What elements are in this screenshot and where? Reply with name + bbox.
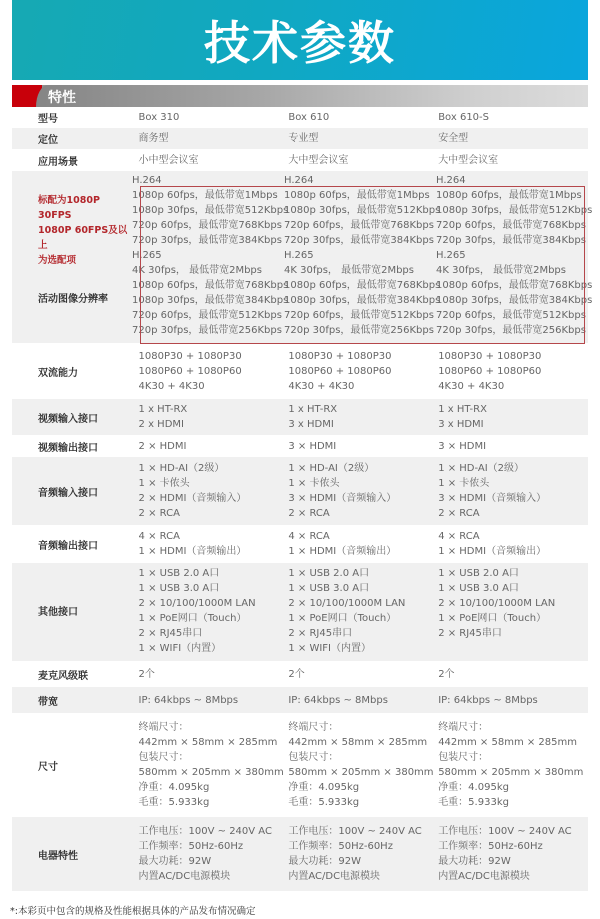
row-label: 视频输入接口 <box>12 410 139 425</box>
cell-box310: 终端尺寸：442mm × 58mm × 285mm包装尺寸：580mm × 20… <box>139 717 289 813</box>
cell-box610s: 安全型 <box>438 128 588 149</box>
cell-box610: 大中型会议室 <box>288 150 438 171</box>
cell-box610: 终端尺寸：442mm × 58mm × 285mm包装尺寸：580mm × 20… <box>288 717 438 813</box>
cell-line: 1 x HT-RX <box>139 402 289 417</box>
cell-line: 1 × USB 2.0 A口 <box>438 566 588 581</box>
cell-line: 2 × HDMI <box>139 439 289 454</box>
cell-line: 1080p 60fps，最低带宽768Kbps <box>436 278 588 293</box>
cell-line: 720p 60fps，最低带宽768Kbps <box>436 218 588 233</box>
cell-box610: 工作电压：100V ~ 240V AC工作频率：50Hz-60Hz最大功耗：92… <box>288 821 438 887</box>
cell-line: 2 × 10/100/1000M LAN <box>139 596 289 611</box>
cell-line: Box 310 <box>139 110 289 125</box>
cell-line: 1 × HD-AI（2级） <box>438 461 588 476</box>
cell-line: 1 × USB 2.0 A口 <box>288 566 438 581</box>
row-label: 型号 <box>12 110 139 125</box>
cell-box310: 4 × RCA1 × HDMI（音频输出） <box>139 526 289 562</box>
row-other-ports: 其他接口 1 × USB 2.0 A口1 × USB 3.0 A口2 × 10/… <box>12 563 588 661</box>
cell-line: H.264 <box>132 173 284 188</box>
cell-line: 2 × RJ45串口 <box>139 626 289 641</box>
cell-line: 2 × RJ45串口 <box>438 626 588 641</box>
cell-line: 工作电压：100V ~ 240V AC <box>288 824 438 839</box>
cell-line: 2个 <box>139 667 289 682</box>
cell-line: 4 × RCA <box>438 529 588 544</box>
cell-line: IP: 64kbps ~ 8Mbps <box>438 693 588 708</box>
cell-line: 1 × WIFI（内置） <box>288 641 438 656</box>
cell-line: 2 × 10/100/1000M LAN <box>438 596 588 611</box>
cell-line: H.264 <box>284 173 436 188</box>
cell-line: 1080p 30fps，最低带宽384Kbps <box>132 293 284 308</box>
section-header-features: 特性 <box>12 85 588 107</box>
cell-line: 工作频率：50Hz-60Hz <box>288 839 438 854</box>
row-label: 活动图像分辨率 <box>38 290 132 305</box>
cell-line: 1 × HD-AI（2级） <box>139 461 289 476</box>
cell-line: 3 × HDMI <box>438 439 588 454</box>
cell-line: 1 × WIFI（内置） <box>139 641 289 656</box>
footer-disclaimer: *:本彩页中包含的规格及性能根据具体的产品发布情况确定 <box>10 903 255 917</box>
cell-line: 442mm × 58mm × 285mm <box>438 735 588 750</box>
cell-box310: IP: 64kbps ~ 8Mbps <box>139 690 289 711</box>
cell-line: 1080P 60FPS及以上 <box>38 223 132 253</box>
cell-box310: 商务型 <box>139 128 289 149</box>
cell-line: 工作电压：100V ~ 240V AC <box>438 824 588 839</box>
cell-box310: 1 × USB 2.0 A口1 × USB 3.0 A口2 × 10/100/1… <box>139 563 289 659</box>
cell-box610s: 2个 <box>438 664 588 685</box>
cell-box610: 1 × USB 2.0 A口1 × USB 3.0 A口2 × 10/100/1… <box>288 563 438 659</box>
header-banner: 技术参数 <box>12 0 588 80</box>
cell-line: 720p 30fps，最低带宽384Kbps <box>284 233 436 248</box>
cell-line: 720p 60fps，最低带宽768Kbps <box>132 218 284 233</box>
cell-line: 720p 60fps，最低带宽768Kbps <box>284 218 436 233</box>
row-label-group: 标配为1080P 30FPS1080P 60FPS及以上为选配项 活动图像分辨率 <box>12 171 132 305</box>
cell-line: 终端尺寸： <box>288 720 438 735</box>
cell-line: 毛重：5.933kg <box>288 795 438 810</box>
cell-line: 大中型会议室 <box>288 153 438 168</box>
cell-line: 1 × 卡侬头 <box>139 476 289 491</box>
row-label: 音频输出接口 <box>12 537 139 552</box>
cell-line: 720p 30fps，最低带宽384Kbps <box>132 233 284 248</box>
cell-box610s: 终端尺寸：442mm × 58mm × 285mm包装尺寸：580mm × 20… <box>438 717 588 813</box>
cell-box610s: 工作电压：100V ~ 240V AC工作频率：50Hz-60Hz最大功耗：92… <box>438 821 588 887</box>
row-label: 视频输出接口 <box>12 439 139 454</box>
cell-line: 3 x HDMI <box>288 417 438 432</box>
cell-line: 1 × 卡侬头 <box>438 476 588 491</box>
cell-line: 4K 30fps， 最低带宽2Mbps <box>436 263 588 278</box>
cell-box310: 小中型会议室 <box>139 150 289 171</box>
cell-box610s: IP: 64kbps ~ 8Mbps <box>438 690 588 711</box>
row-electrical: 电器特性 工作电压：100V ~ 240V AC工作频率：50Hz-60Hz最大… <box>12 817 588 891</box>
cell-line: 442mm × 58mm × 285mm <box>288 735 438 750</box>
cell-box310: 2个 <box>139 664 289 685</box>
row-audio-input: 音频输入接口 1 × HD-AI（2级）1 × 卡侬头2 × HDMI（音频输入… <box>12 457 588 525</box>
cell-line: 4K30 + 4K30 <box>438 379 588 394</box>
cell-box610: 3 × HDMI <box>288 436 438 457</box>
cell-line: 720p 30fps，最低带宽256Kbps <box>132 323 284 338</box>
cell-box310: 1080P30 + 1080P301080P60 + 1080P604K30 +… <box>139 346 289 397</box>
row-label: 音频输入接口 <box>12 484 139 499</box>
cell-line: 4K 30fps， 最低带宽2Mbps <box>284 263 436 278</box>
cell-box310: 1 × HD-AI（2级）1 × 卡侬头2 × HDMI（音频输入）2 × RC… <box>139 458 289 524</box>
cell-line: IP: 64kbps ~ 8Mbps <box>288 693 438 708</box>
cell-box610: 专业型 <box>288 128 438 149</box>
cell-line: 3 × HDMI（音频输入） <box>438 491 588 506</box>
row-label: 带宽 <box>12 693 139 708</box>
cell-line: 净重：4.095kg <box>288 780 438 795</box>
section-tab-shape <box>36 85 588 107</box>
cell-line: 终端尺寸： <box>139 720 289 735</box>
row-model: 型号 Box 310 Box 610 Box 610-S <box>12 107 588 128</box>
cell-box310: Box 310 <box>139 107 289 128</box>
cell-line: 最大功耗：92W <box>288 854 438 869</box>
row-resolution: 标配为1080P 30FPS1080P 60FPS及以上为选配项 活动图像分辨率… <box>12 171 588 343</box>
page-title: 技术参数 <box>204 7 396 73</box>
cell-box310: 1 x HT-RX2 x HDMI <box>139 399 289 435</box>
cell-line: 大中型会议室 <box>438 153 588 168</box>
cell-line: 442mm × 58mm × 285mm <box>139 735 289 750</box>
cell-line: 4 × RCA <box>288 529 438 544</box>
cell-line: 净重：4.095kg <box>139 780 289 795</box>
row-dual-stream: 双流能力 1080P30 + 1080P301080P60 + 1080P604… <box>12 343 588 399</box>
cell-line: 毛重：5.933kg <box>438 795 588 810</box>
cell-line: 1080p 60fps，最低带宽1Mbps <box>284 188 436 203</box>
cell-line: 包装尺寸： <box>438 750 588 765</box>
cell-box610: 1 x HT-RX3 x HDMI <box>288 399 438 435</box>
cell-line: 4 × RCA <box>139 529 289 544</box>
cell-line: 1080P60 + 1080P60 <box>139 364 289 379</box>
cell-line: 1 × PoE网口（Touch） <box>438 611 588 626</box>
cell-line: 毛重：5.933kg <box>139 795 289 810</box>
cell-line: IP: 64kbps ~ 8Mbps <box>139 693 289 708</box>
cell-line: 720p 60fps，最低带宽512Kbps <box>284 308 436 323</box>
row-video-output: 视频输出接口 2 × HDMI 3 × HDMI 3 × HDMI <box>12 435 588 457</box>
cell-box310: 工作电压：100V ~ 240V AC工作频率：50Hz-60Hz最大功耗：92… <box>139 821 289 887</box>
cell-line: 工作频率：50Hz-60Hz <box>438 839 588 854</box>
cell-box610: 2个 <box>288 664 438 685</box>
cell-line: 1 × USB 2.0 A口 <box>139 566 289 581</box>
row-label: 尺寸 <box>12 758 139 773</box>
cell-box610s: Box 610-S <box>438 107 588 128</box>
cell-line: 720p 30fps，最低带宽256Kbps <box>436 323 588 338</box>
row-audio-output: 音频输出接口 4 × RCA1 × HDMI（音频输出） 4 × RCA1 × … <box>12 525 588 563</box>
cell-line: 终端尺寸： <box>438 720 588 735</box>
cell-line: 1080p 60fps，最低带宽768Kbps <box>132 278 284 293</box>
cell-line: 1080P60 + 1080P60 <box>288 364 438 379</box>
cell-line: 1080p 30fps，最低带宽512Kbps <box>132 203 284 218</box>
cell-line: 580mm × 205mm × 380mm <box>288 765 438 780</box>
cell-box310: H.2641080p 60fps，最低带宽1Mbps1080p 30fps，最低… <box>132 171 284 341</box>
cell-line: Box 610-S <box>438 110 588 125</box>
cell-line: 工作频率：50Hz-60Hz <box>139 839 289 854</box>
cell-box610s: H.2641080p 60fps，最低带宽1Mbps1080p 30fps，最低… <box>436 171 588 341</box>
cell-box610s: 1 × HD-AI（2级）1 × 卡侬头3 × HDMI（音频输入）2 × RC… <box>438 458 588 524</box>
row-label: 双流能力 <box>12 364 139 379</box>
cell-line: 720p 30fps，最低带宽384Kbps <box>436 233 588 248</box>
section-title: 特性 <box>48 87 76 107</box>
cell-line: 1080P60 + 1080P60 <box>438 364 588 379</box>
cell-line: 包装尺寸： <box>139 750 289 765</box>
cell-box610: Box 610 <box>288 107 438 128</box>
cell-line: 1080p 60fps，最低带宽768Kbps <box>284 278 436 293</box>
cell-line: 最大功耗：92W <box>139 854 289 869</box>
cell-line: 2 x HDMI <box>139 417 289 432</box>
cell-line: 1080p 30fps，最低带宽384Kbps <box>284 293 436 308</box>
cell-line: 1080P30 + 1080P30 <box>438 349 588 364</box>
row-mic-cascade: 麦克风级联 2个 2个 2个 <box>12 661 588 687</box>
cell-line: 3 x HDMI <box>438 417 588 432</box>
cell-line: 1 × USB 3.0 A口 <box>288 581 438 596</box>
cell-line: 1 × USB 3.0 A口 <box>438 581 588 596</box>
cell-line: 2 × RCA <box>288 506 438 521</box>
cell-line: H.265 <box>284 248 436 263</box>
cell-line: H.264 <box>436 173 588 188</box>
cell-box610: 1 × HD-AI（2级）1 × 卡侬头3 × HDMI（音频输入）2 × RC… <box>288 458 438 524</box>
cell-line: 1080p 30fps，最低带宽384Kbps <box>436 293 588 308</box>
cell-line: 1 x HT-RX <box>438 402 588 417</box>
cell-line: 1 × USB 3.0 A口 <box>139 581 289 596</box>
cell-line: 2 × RJ45串口 <box>288 626 438 641</box>
row-label: 其他接口 <box>12 563 139 618</box>
cell-line: 2个 <box>288 667 438 682</box>
cell-line: 3 × HDMI <box>288 439 438 454</box>
cell-box610s: 1 × USB 2.0 A口1 × USB 3.0 A口2 × 10/100/1… <box>438 563 588 644</box>
cell-line: 1080p 30fps，最低带宽512Kbps <box>436 203 588 218</box>
cell-line: 2 × 10/100/1000M LAN <box>288 596 438 611</box>
cell-line: 1 x HT-RX <box>288 402 438 417</box>
row-bandwidth: 带宽 IP: 64kbps ~ 8Mbps IP: 64kbps ~ 8Mbps… <box>12 687 588 713</box>
cell-line: H.265 <box>132 248 284 263</box>
cell-line: 小中型会议室 <box>139 153 289 168</box>
cell-line: 2 × RCA <box>139 506 289 521</box>
row-label: 定位 <box>12 131 139 146</box>
cell-line: 内置AC/DC电源模块 <box>139 869 289 884</box>
cell-line: 4K30 + 4K30 <box>139 379 289 394</box>
row-position: 定位 商务型 专业型 安全型 <box>12 128 588 149</box>
cell-line: 580mm × 205mm × 380mm <box>438 765 588 780</box>
cell-line: 580mm × 205mm × 380mm <box>139 765 289 780</box>
spec-table: 型号 Box 310 Box 610 Box 610-S 定位 商务型 专业型 … <box>12 107 588 891</box>
row-scene: 应用场景 小中型会议室 大中型会议室 大中型会议室 <box>12 149 588 171</box>
cell-line: 2个 <box>438 667 588 682</box>
cell-line: 专业型 <box>288 131 438 146</box>
cell-line: 1 × PoE网口（Touch） <box>288 611 438 626</box>
row-label: 电器特性 <box>12 847 139 862</box>
cell-line: 720p 60fps，最低带宽512Kbps <box>132 308 284 323</box>
cell-line: 1 × PoE网口（Touch） <box>139 611 289 626</box>
cell-line: 1 × HD-AI（2级） <box>288 461 438 476</box>
cell-box610: IP: 64kbps ~ 8Mbps <box>288 690 438 711</box>
cell-line: 最大功耗：92W <box>438 854 588 869</box>
cell-line: 1 × 卡侬头 <box>288 476 438 491</box>
cell-line: 1 × HDMI（音频输出） <box>438 544 588 559</box>
optional-config-note: 标配为1080P 30FPS1080P 60FPS及以上为选配项 <box>38 193 132 268</box>
cell-line: 4K 30fps， 最低带宽2Mbps <box>132 263 284 278</box>
cell-line: 2 × RCA <box>438 506 588 521</box>
cell-line: 4K30 + 4K30 <box>288 379 438 394</box>
cell-box610: 4 × RCA1 × HDMI（音频输出） <box>288 526 438 562</box>
cell-line: Box 610 <box>288 110 438 125</box>
cell-line: 工作电压：100V ~ 240V AC <box>139 824 289 839</box>
row-label: 应用场景 <box>12 153 139 168</box>
cell-line: 1080p 60fps，最低带宽1Mbps <box>436 188 588 203</box>
cell-line: 2 × HDMI（音频输入） <box>139 491 289 506</box>
cell-line: 为选配项 <box>38 253 132 268</box>
cell-box610: H.2641080p 60fps，最低带宽1Mbps1080p 30fps，最低… <box>284 171 436 341</box>
cell-line: 包装尺寸： <box>288 750 438 765</box>
row-label: 麦克风级联 <box>12 667 139 682</box>
cell-line: 安全型 <box>438 131 588 146</box>
cell-line: 1 × HDMI（音频输出） <box>139 544 289 559</box>
cell-line: 1080P30 + 1080P30 <box>288 349 438 364</box>
cell-line: 720p 60fps，最低带宽512Kbps <box>436 308 588 323</box>
cell-line: 720p 30fps，最低带宽256Kbps <box>284 323 436 338</box>
cell-box610s: 大中型会议室 <box>438 150 588 171</box>
cell-line: 净重：4.095kg <box>438 780 588 795</box>
cell-line: 1080P30 + 1080P30 <box>139 349 289 364</box>
cell-line: 1080p 60fps，最低带宽1Mbps <box>132 188 284 203</box>
cell-box610s: 1 x HT-RX3 x HDMI <box>438 399 588 435</box>
cell-line: H.265 <box>436 248 588 263</box>
cell-line: 内置AC/DC电源模块 <box>288 869 438 884</box>
cell-box610: 1080P30 + 1080P301080P60 + 1080P604K30 +… <box>288 346 438 397</box>
cell-line: 1 × HDMI（音频输出） <box>288 544 438 559</box>
cell-box310: 2 × HDMI <box>139 436 289 457</box>
cell-box610s: 3 × HDMI <box>438 436 588 457</box>
row-video-input: 视频输入接口 1 x HT-RX2 x HDMI 1 x HT-RX3 x HD… <box>12 399 588 435</box>
cell-line: 3 × HDMI（音频输入） <box>288 491 438 506</box>
cell-line: 内置AC/DC电源模块 <box>438 869 588 884</box>
cell-line: 1080p 30fps，最低带宽512Kbps <box>284 203 436 218</box>
cell-line: 商务型 <box>139 131 289 146</box>
cell-box610s: 4 × RCA1 × HDMI（音频输出） <box>438 526 588 562</box>
row-size: 尺寸 终端尺寸：442mm × 58mm × 285mm包装尺寸：580mm ×… <box>12 713 588 817</box>
cell-line: 标配为1080P 30FPS <box>38 193 132 223</box>
cell-box610s: 1080P30 + 1080P301080P60 + 1080P604K30 +… <box>438 346 588 397</box>
